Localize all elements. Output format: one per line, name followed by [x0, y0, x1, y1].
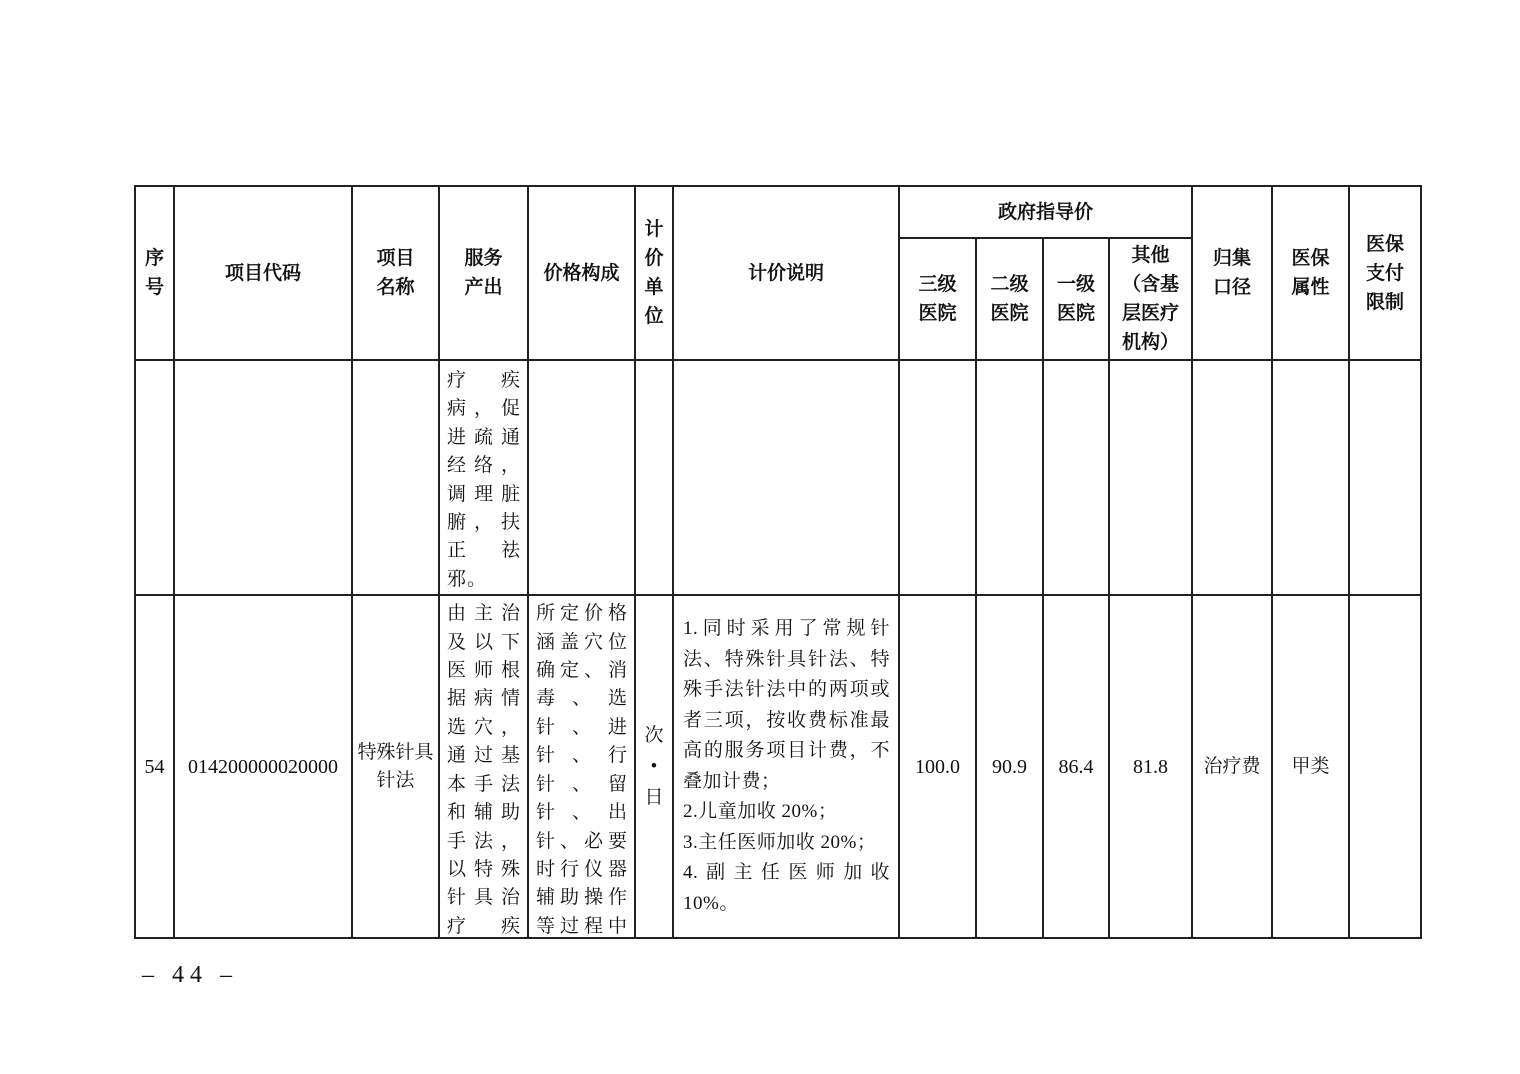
cell-seq: 54 [135, 595, 174, 938]
header-tier1-hospital: 一级 医院 [1043, 238, 1109, 360]
cell-tier3-price: 100.0 [899, 595, 976, 938]
header-tier3-hospital: 三级 医院 [899, 238, 976, 360]
price-list-table: 序 号 项目代码 项目 名称 服务 产出 价格构成 计 价 单 位 计价说明 政… [134, 185, 1422, 939]
header-pricing-notes: 计价说明 [673, 186, 899, 360]
header-other-institution: 其他 （含基 层医疗 机构） [1109, 238, 1192, 360]
cell-output: 由主治及以下医师根据病情选穴，通过基本手法和辅助手法，以特殊针具治疗疾病，促进 [439, 595, 528, 938]
header-code: 项目代码 [174, 186, 352, 360]
header-insurance-attr: 医保 属性 [1272, 186, 1349, 360]
header-gov-guide-price: 政府指导价 [899, 186, 1192, 238]
cell-seq [135, 360, 174, 595]
header-fee-category: 归集 口径 [1192, 186, 1272, 360]
cell-tier3-price [899, 360, 976, 595]
cell-unit [635, 360, 673, 595]
cell-insurance-attr [1272, 360, 1349, 595]
table-row-carryover: 疗疾病，促进疏通经络，调理脏腑，扶正祛邪。 [135, 360, 1421, 595]
cell-tier1-price [1043, 360, 1109, 595]
cell-other-price: 81.8 [1109, 595, 1192, 938]
cell-insurance-limit [1349, 595, 1421, 938]
header-unit: 计 价 单 位 [635, 186, 673, 360]
cell-name [352, 360, 439, 595]
document-page: 序 号 项目代码 项目 名称 服务 产出 价格构成 计 价 单 位 计价说明 政… [0, 0, 1520, 1074]
cell-fee-category [1192, 360, 1272, 595]
cell-price-composition: 所定价格涵盖穴位确定、消毒、选针、进针、行针、留针、出针、必要时行仪器辅助操作等… [528, 595, 635, 938]
header-seq: 序 号 [135, 186, 174, 360]
page-number: – 44 – [142, 962, 238, 989]
cell-other-price [1109, 360, 1192, 595]
header-price-composition: 价格构成 [528, 186, 635, 360]
header-name: 项目 名称 [352, 186, 439, 360]
cell-price-composition [528, 360, 635, 595]
header-insurance-limit: 医保 支付 限制 [1349, 186, 1421, 360]
table-header-row-top: 序 号 项目代码 项目 名称 服务 产出 价格构成 计 价 单 位 计价说明 政… [135, 186, 1421, 238]
cell-unit: 次 • 日 [635, 595, 673, 938]
cell-output-text: 由主治及以下医师根据病情选穴，通过基本手法和辅助手法，以特殊针具治疗疾病，促进 [447, 600, 521, 934]
cell-insurance-attr: 甲类 [1272, 595, 1349, 938]
header-output: 服务 产出 [439, 186, 528, 360]
header-tier2-hospital: 二级 医院 [976, 238, 1043, 360]
cell-pricing-notes: 1.同时采用了常规针法、特殊针具针法、特殊手法针法中的两项或者三项，按收费标准最… [673, 595, 899, 938]
cell-output: 疗疾病，促进疏通经络，调理脏腑，扶正祛邪。 [439, 360, 528, 595]
table-row-54: 54 014200000020000 特殊针具针法 由主治及以下医师根据病情选穴… [135, 595, 1421, 938]
cell-tier1-price: 86.4 [1043, 595, 1109, 938]
cell-pricing-notes [673, 360, 899, 595]
cell-insurance-limit [1349, 360, 1421, 595]
cell-tier2-price: 90.9 [976, 595, 1043, 938]
cell-name: 特殊针具针法 [352, 595, 439, 938]
cell-code [174, 360, 352, 595]
cell-price-composition-text: 所定价格涵盖穴位确定、消毒、选针、进针、行针、留针、出针、必要时行仪器辅助操作等… [536, 600, 628, 934]
cell-code: 014200000020000 [174, 595, 352, 938]
cell-fee-category: 治疗费 [1192, 595, 1272, 938]
cell-tier2-price [976, 360, 1043, 595]
